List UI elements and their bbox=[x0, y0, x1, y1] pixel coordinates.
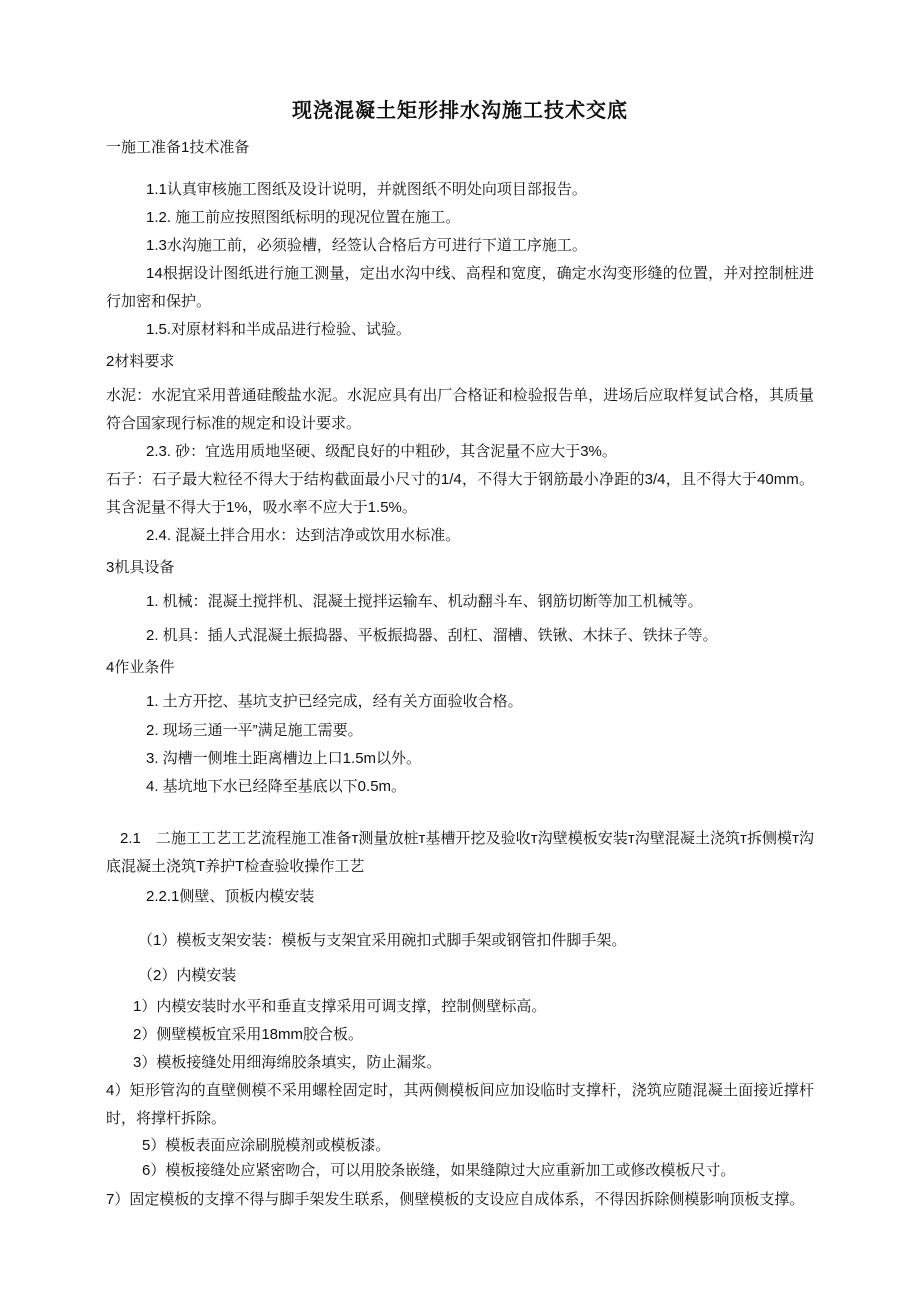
para-item-3: 3）模板接缝处用细海绵胶条填实，防止漏浆。 bbox=[106, 1049, 814, 1077]
para-1-5: 1.5.对原材料和半成品进行检验、试验。 bbox=[106, 316, 814, 344]
para-1-2: 1.2. 施工前应按照图纸标明的现况位置在施工。 bbox=[106, 204, 814, 232]
para-2-3-sand: 2.3. 砂：宜选用质地坚硬、级配良好的中粗砂，其含泥量不应大于3%。 bbox=[106, 438, 814, 466]
para-tools: 2. 机具：插人式混凝土振捣器、平板振捣器、刮杠、溜槽、铁锹、木抹子、铁抹子等。 bbox=[106, 622, 814, 650]
para-gravel: 石子：石子最大粒径不得大于结构截面最小尺寸的1/4，不得大于钢筋最小净距的3/4… bbox=[106, 466, 814, 522]
document-title: 现浇混凝土矩形排水沟施工技术交底 bbox=[106, 96, 814, 126]
heading-work-conditions: 4作业条件 bbox=[106, 654, 814, 682]
para-1-4: 14根据设计图纸进行施工测量，定出水沟中线、高程和宽度，确定水沟变形缝的位置，并… bbox=[106, 260, 814, 316]
para-condition-4: 4. 基坑地下水已经降至基底以下0.5m。 bbox=[106, 773, 814, 801]
para-inner-form-install: （2）内模安装 bbox=[106, 962, 814, 990]
para-condition-3: 3. 沟槽一侧堆土距离槽边上口1.5m以外。 bbox=[106, 745, 814, 773]
para-1-3: 1.3水沟施工前，必须验槽，经签认合格后方可进行下道工序施工。 bbox=[106, 232, 814, 260]
document-page: 现浇混凝土矩形排水沟施工技术交底 一施工准备1技术准备 1.1认真审核施工图纸及… bbox=[0, 0, 920, 1303]
heading-machinery-equipment: 3机具设备 bbox=[106, 554, 814, 582]
para-machinery: 1. 机械：混凝土搅拌机、混凝土搅拌运输车、机动翻斗车、钢筋切断等加工机械等。 bbox=[106, 588, 814, 616]
para-item-2: 2）侧壁模板宜采用18mm胶合板。 bbox=[106, 1021, 814, 1049]
document-content: 现浇混凝土矩形排水沟施工技术交底 一施工准备1技术准备 1.1认真审核施工图纸及… bbox=[106, 96, 814, 1214]
para-item-7: 7）固定模板的支撑不得与脚手架发生联系，侧壁模板的支设应自成体系，不得因拆除侧模… bbox=[106, 1186, 814, 1214]
para-1-1: 1.1认真审核施工图纸及设计说明，并就图纸不明处向项目部报告。 bbox=[106, 176, 814, 204]
para-2-1-process-flow: 2.1 二施工工艺工艺流程施工准备ᴛ测量放桩ᴛ基槽开挖及验收ᴛ沟壁模板安装ᴛ沟壁… bbox=[106, 825, 814, 881]
para-condition-2: 2. 现场三通一平”满足施工需要。 bbox=[106, 717, 814, 745]
para-bracket-install: （1）模板支架安装：模板与支架宜采用碗扣式脚手架或钢管扣件脚手架。 bbox=[106, 927, 814, 955]
para-cement: 水泥：水泥宜采用普通硅酸盐水泥。水泥应具有出厂合格证和检验报告单，进场后应取样复… bbox=[106, 382, 814, 438]
heading-construction-preparation: 一施工准备1技术准备 bbox=[106, 134, 814, 162]
para-condition-1: 1. 土方开挖、基坑支护已经完成，经有关方面验收合格。 bbox=[106, 688, 814, 716]
para-item-1: 1）内模安装时水平和垂直支撑采用可调支撑，控制侧壁标高。 bbox=[106, 993, 814, 1021]
para-item-6: 6）模板接缝处应紧密吻合，可以用胶条嵌缝，如果缝隙过大应重新加工或修改模板尺寸。 bbox=[106, 1158, 814, 1183]
heading-2-2-1-formwork-install: 2.2.1侧壁、顶板内模安装 bbox=[106, 883, 814, 911]
para-2-4-water: 2.4. 混凝土拌合用水：达到洁净或饮用水标准。 bbox=[106, 522, 814, 550]
para-item-5: 5）模板表面应涂刷脱模剂或模板漆。 bbox=[106, 1133, 814, 1158]
heading-material-requirements: 2材料要求 bbox=[106, 348, 814, 376]
para-item-4: 4）矩形管沟的直壁侧模不采用螺栓固定时，其两侧模板间应加设临时支撑杆，浇筑应随混… bbox=[106, 1077, 814, 1133]
